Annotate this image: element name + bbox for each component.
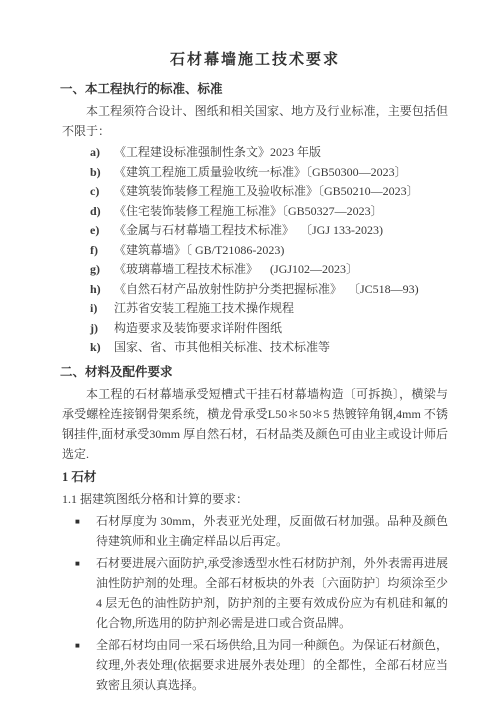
bullet-text: 石材厚度为 30mm，外表亚光处理，反面做石材加强。品种及颜色待建筑师和业主确定… [96,511,448,551]
section2-heading: 二、材料及配件要求 [60,362,448,382]
item-text: 构造要求及装饰要求详附件图纸 [114,319,448,339]
bullet-text: 石材要进展六面防护,承受渗透型水性石材防护剂，外外表需再进展油性防护剂的处理。全… [96,553,448,633]
standard-item-e: e) 《金属与石材幕墙工程技术标准》 〔JGJ 133-2023) [90,221,448,241]
bullet-item-thickness: ■ 石材厚度为 30mm，外表亚光处理，反面做石材加强。品种及颜色待建筑师和业主… [75,511,448,551]
standard-item-j: j) 构造要求及装饰要求详附件图纸 [90,319,448,339]
standard-item-c: c) 《建筑装饰装修工程施工及验收标准》〔GB50210—2023〕 [90,182,448,202]
document-title: 石材幕墙施工技术要求 [62,50,448,70]
item-label: c) [90,182,114,202]
item-text: 《建筑装饰装修工程施工及验收标准》〔GB50210—2023〕 [114,182,448,202]
item-text: 《工程建设标准强制性条文》2023 年版 [114,143,448,163]
item-text: 江苏省安装工程施工技术操作规程 [114,299,448,319]
stone-requirements-list: ■ 石材厚度为 30mm，外表亚光处理，反面做石材加强。品种及颜色待建筑师和业主… [75,511,448,695]
item-label: a) [90,143,114,163]
square-bullet-icon: ■ [75,635,96,695]
item-label: j) [90,319,114,339]
item-label: k) [90,338,114,358]
item-label: e) [90,221,114,241]
square-bullet-icon: ■ [75,511,96,551]
item-label: f) [90,241,114,261]
bullet-item-protection: ■ 石材要进展六面防护,承受渗透型水性石材防护剂，外外表需再进展油性防护剂的处理… [75,553,448,633]
standard-item-h: h) 《自然石材产品放射性防护分类把握标准》 〔JC518—93) [90,280,448,300]
item-text: 《住宅装饰装修工程施工标准》〔GB50327—2023〕 [114,202,448,222]
item-text: 国家、省、市其他相关标准、技术标准等 [114,338,448,358]
standard-item-i: i) 江苏省安装工程施工技术操作规程 [90,299,448,319]
standard-item-a: a) 《工程建设标准强制性条文》2023 年版 [90,143,448,163]
standard-item-g: g) 《玻璃幕墙工程技术标准》 (JGJ102—2023〕 [90,260,448,280]
bullet-item-quarry: ■ 全部石材均由同一采石场供给,且为同一种颜色。为保证石材颜色，纹理,外表处理(… [75,635,448,695]
item-text: 《金属与石材幕墙工程技术标准》 〔JGJ 133-2023) [114,221,448,241]
standard-item-d: d) 《住宅装饰装修工程施工标准》〔GB50327—2023〕 [90,202,448,222]
item-label: g) [90,260,114,280]
bullet-text: 全部石材均由同一采石场供给,且为同一种颜色。为保证石材颜色，纹理,外表处理(依据… [96,635,448,695]
standard-item-b: b) 《建筑工程施工质量验收统一标准》〔GB50300—2023〕 [90,163,448,183]
subsection-clause-1-1: 1.1 据建筑图纸分格和计算的要求： [62,489,448,509]
document-page: 石材幕墙施工技术要求 一、本工程执行的标准、标准 本工程须符合设计、图纸和相关国… [0,0,500,707]
subsection-stone-heading: 1 石材 [62,467,448,487]
section1-intro: 本工程须符合设计、图纸和相关国家、地方及行业标准，主要包括但不限于： [62,101,448,141]
item-label: b) [90,163,114,183]
section1-heading: 一、本工程执行的标准、标准 [60,79,448,99]
item-label: d) [90,202,114,222]
standard-item-f: f) 《建筑幕墙》〔 GB/T21086-2023) [90,241,448,261]
item-text: 《自然石材产品放射性防护分类把握标准》 〔JC518—93) [114,280,448,300]
square-bullet-icon: ■ [75,553,96,633]
section2-paragraph: 本工程的石材幕墙承受短槽式干挂石材幕墙构造〔可拆换〕，横梁与承受螺栓连接钢骨架系… [62,384,448,464]
item-text: 《建筑幕墙》〔 GB/T21086-2023) [114,241,448,261]
standard-item-k: k) 国家、省、市其他相关标准、技术标准等 [90,338,448,358]
item-label: h) [90,280,114,300]
item-label: i) [90,299,114,319]
item-text: 《建筑工程施工质量验收统一标准》〔GB50300—2023〕 [114,163,448,183]
standards-list: a) 《工程建设标准强制性条文》2023 年版 b) 《建筑工程施工质量验收统一… [90,143,448,358]
item-text: 《玻璃幕墙工程技术标准》 (JGJ102—2023〕 [114,260,448,280]
